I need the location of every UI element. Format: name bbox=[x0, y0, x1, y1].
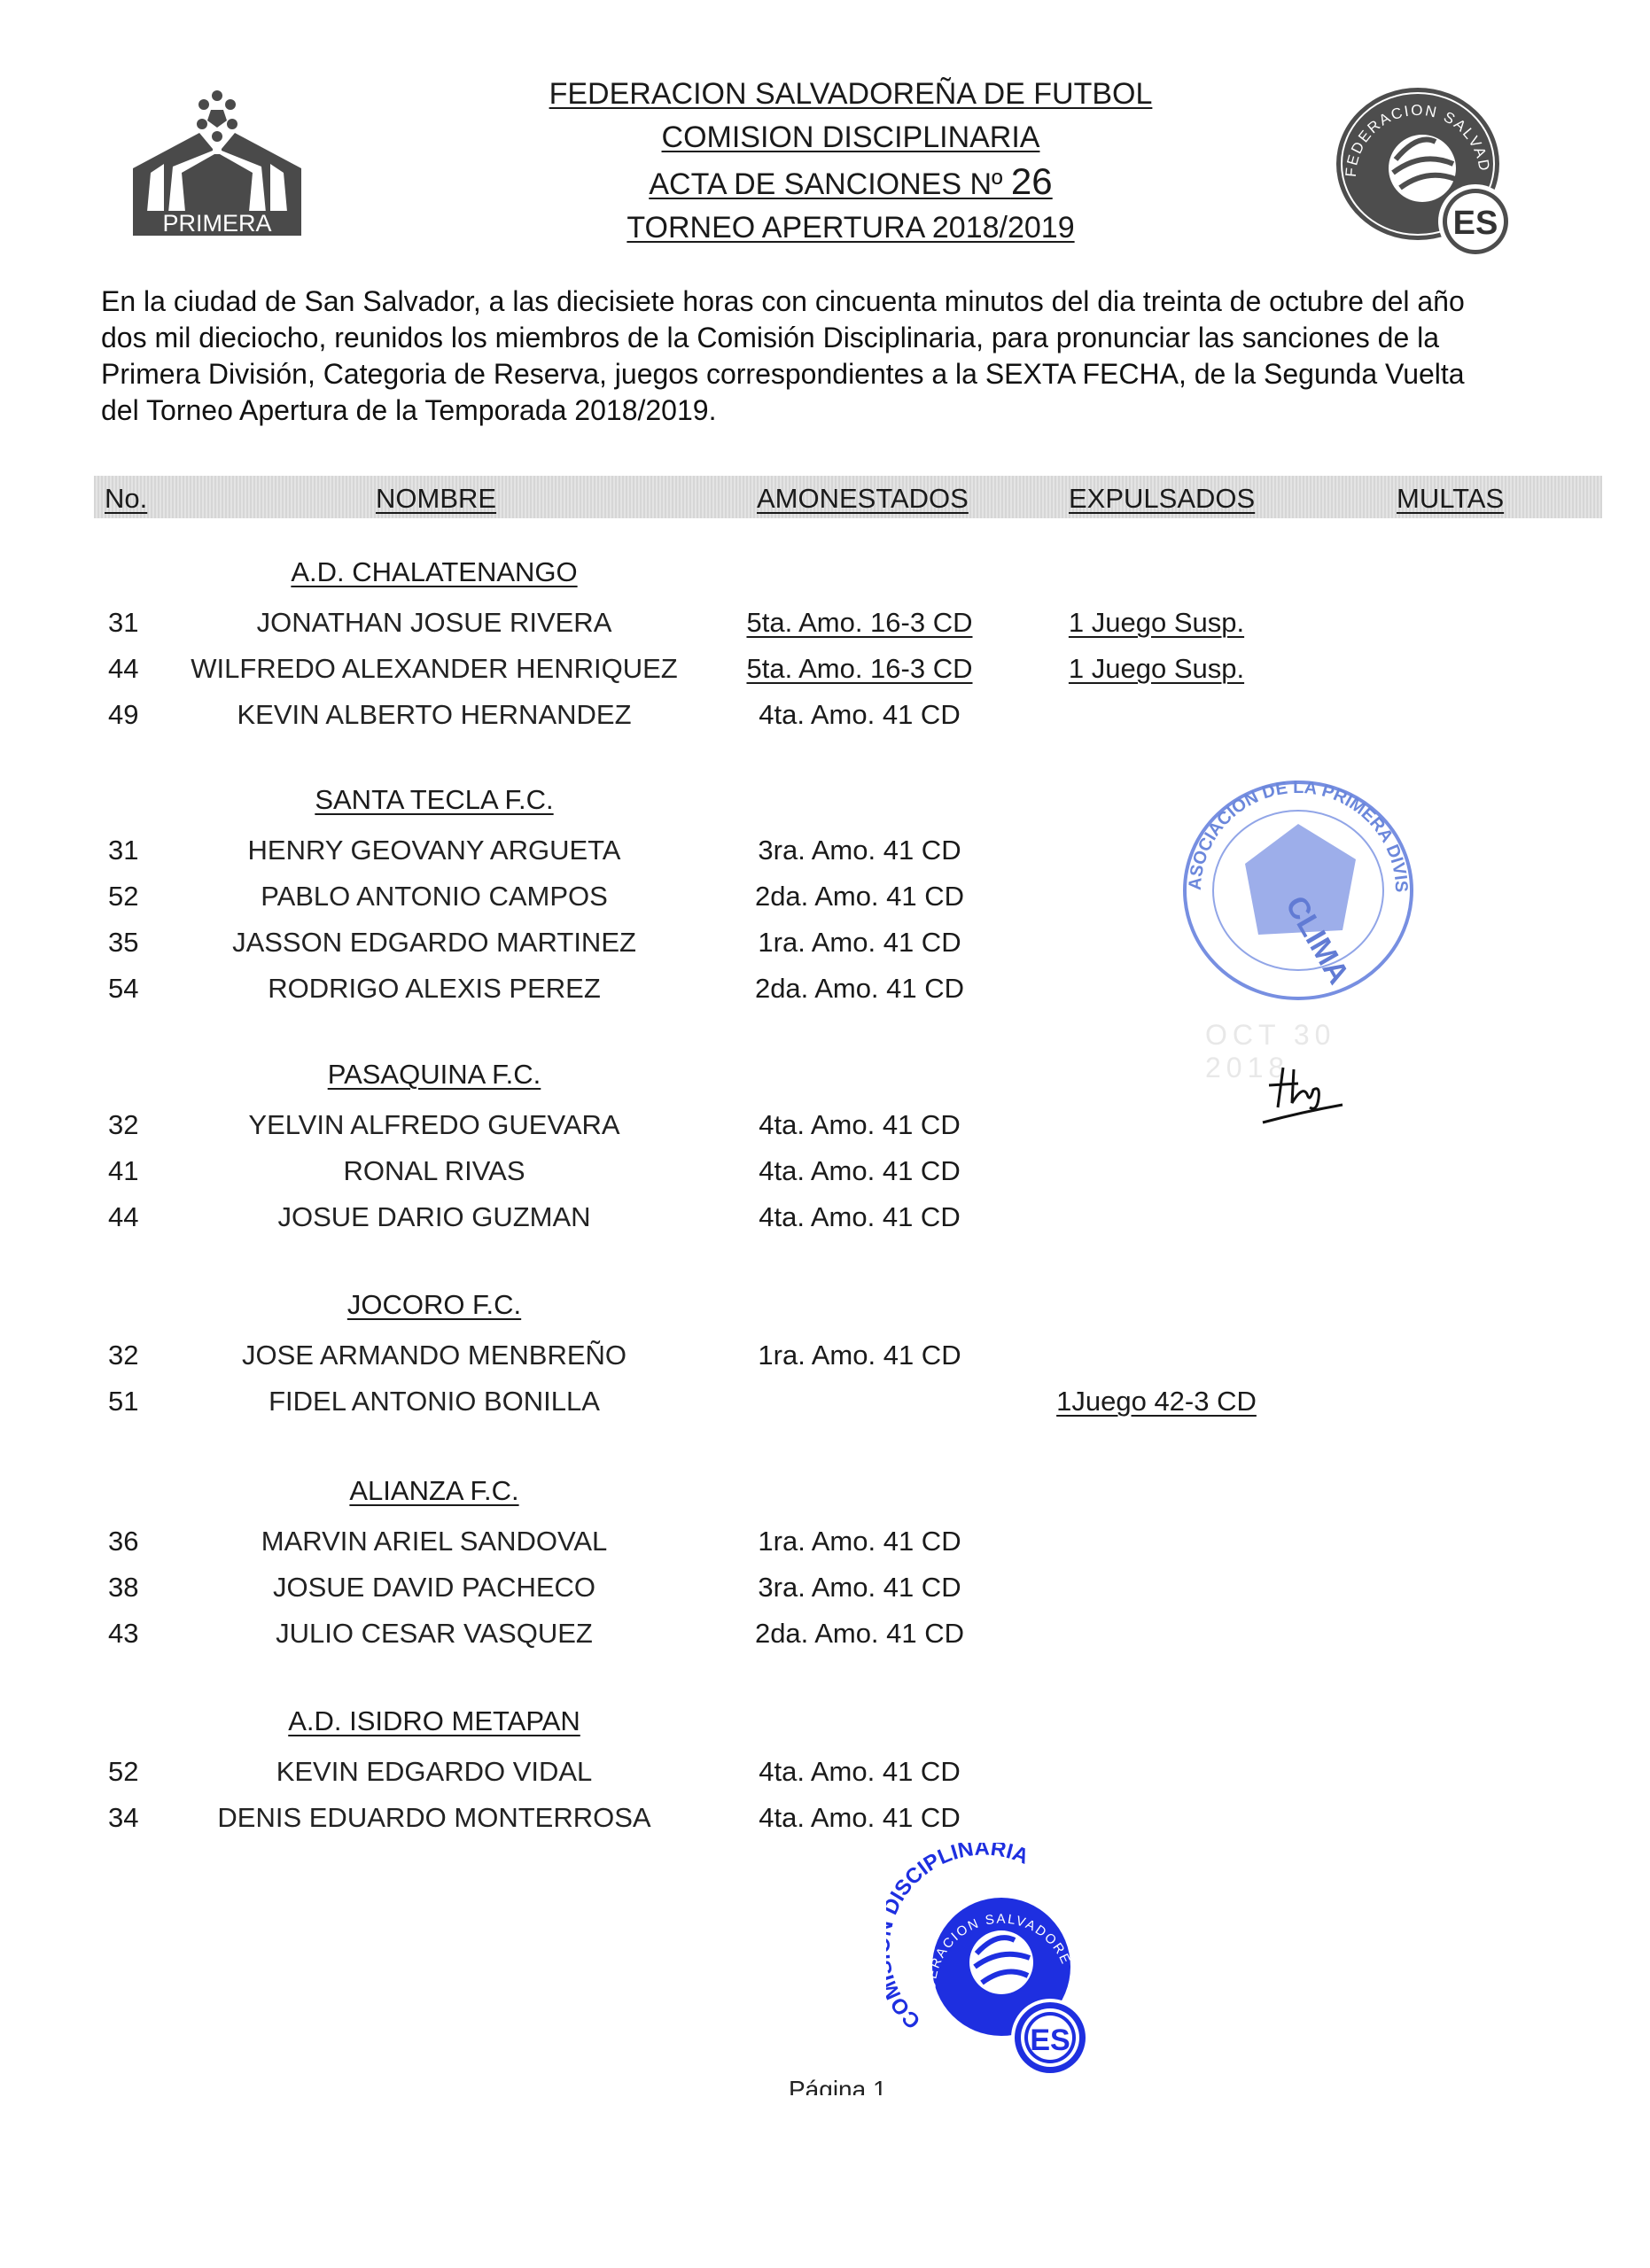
amonestados-cell: 4ta. Amo. 41 CD bbox=[718, 1155, 1001, 1187]
player-number: 44 bbox=[108, 1201, 161, 1233]
table-row: 43JULIO CESAR VASQUEZ2da. Amo. 41 CD bbox=[0, 1618, 1650, 1657]
player-name: JOSUE DAVID PACHECO bbox=[168, 1572, 700, 1604]
svg-text:ES: ES bbox=[1030, 2023, 1070, 2057]
amonestados-cell: 4ta. Amo. 41 CD bbox=[718, 1109, 1001, 1141]
player-number: 35 bbox=[108, 927, 161, 959]
amonestados-cell: 4ta. Amo. 41 CD bbox=[718, 1201, 1001, 1233]
table-row: 38JOSUE DAVID PACHECO3ra. Amo. 41 CD bbox=[0, 1572, 1650, 1611]
fesfut-badge-icon: FEDERACION SALVADOREÑA DE FUTBOL ES bbox=[1329, 80, 1524, 266]
intro-paragraph: En la ciudad de San Salvador, a las diec… bbox=[101, 283, 1483, 429]
team-heading: ALIANZA F.C. bbox=[168, 1475, 700, 1507]
amonestados-cell: 1ra. Amo. 41 CD bbox=[718, 927, 1001, 959]
column-header-no: No. bbox=[105, 483, 147, 515]
team-heading: A.D. CHALATENANGO bbox=[168, 556, 700, 588]
svg-text:PRIMERA: PRIMERA bbox=[162, 210, 271, 237]
amonestados-cell: 1ra. Amo. 41 CD bbox=[718, 1340, 1001, 1371]
player-number: 51 bbox=[108, 1386, 161, 1417]
comision-seal-icon: COMISION DISCIPLINARIA FEDERACION SALVAD… bbox=[886, 1843, 1099, 2082]
table-row: 31JONATHAN JOSUE RIVERA5ta. Amo. 16-3 CD… bbox=[0, 607, 1650, 646]
player-name: JOSE ARMANDO MENBREÑO bbox=[168, 1340, 700, 1371]
title-acta: ACTA DE SANCIONES Nº bbox=[649, 167, 1002, 201]
table-row: 52KEVIN EDGARDO VIDAL4ta. Amo. 41 CD bbox=[0, 1756, 1650, 1795]
expulsados-cell: 1Juego 42-3 CD bbox=[1028, 1386, 1285, 1417]
player-name: KEVIN EDGARDO VIDAL bbox=[168, 1756, 700, 1788]
amonestados-cell: 4ta. Amo. 41 CD bbox=[718, 1756, 1001, 1788]
player-number: 36 bbox=[108, 1526, 161, 1557]
player-number: 32 bbox=[108, 1109, 161, 1141]
player-number: 52 bbox=[108, 881, 161, 913]
player-number: 49 bbox=[108, 699, 161, 731]
player-name: JOSUE DARIO GUZMAN bbox=[168, 1201, 700, 1233]
amonestados-cell: 2da. Amo. 41 CD bbox=[718, 1618, 1001, 1650]
team-heading: SANTA TECLA F.C. bbox=[168, 784, 700, 816]
player-name: RONAL RIVAS bbox=[168, 1155, 700, 1187]
table-row: 49KEVIN ALBERTO HERNANDEZ4ta. Amo. 41 CD bbox=[0, 699, 1650, 738]
player-name: RODRIGO ALEXIS PEREZ bbox=[168, 973, 700, 1005]
table-row: 36MARVIN ARIEL SANDOVAL1ra. Amo. 41 CD bbox=[0, 1526, 1650, 1565]
table-row: 32YELVIN ALFREDO GUEVARA4ta. Amo. 41 CD bbox=[0, 1109, 1650, 1148]
player-name: PABLO ANTONIO CAMPOS bbox=[168, 881, 700, 913]
player-name: KEVIN ALBERTO HERNANDEZ bbox=[168, 699, 700, 731]
team-heading: JOCORO F.C. bbox=[168, 1289, 700, 1321]
column-header-expulsados: EXPULSADOS bbox=[1069, 483, 1255, 515]
team-heading: A.D. ISIDRO METAPAN bbox=[168, 1705, 700, 1737]
player-name: FIDEL ANTONIO BONILLA bbox=[168, 1386, 700, 1417]
amonestados-cell: 4ta. Amo. 41 CD bbox=[718, 1802, 1001, 1834]
player-number: 54 bbox=[108, 973, 161, 1005]
player-name: MARVIN ARIEL SANDOVAL bbox=[168, 1526, 700, 1557]
svg-text:ES: ES bbox=[1453, 205, 1498, 242]
player-number: 31 bbox=[108, 607, 161, 639]
player-number: 44 bbox=[108, 653, 161, 685]
table-row: 51FIDEL ANTONIO BONILLA1Juego 42-3 CD bbox=[0, 1386, 1650, 1425]
column-header-nombre: NOMBRE bbox=[376, 483, 496, 515]
amonestados-cell: 2da. Amo. 41 CD bbox=[718, 881, 1001, 913]
primera-pentagon-icon: PRIMERA bbox=[115, 80, 310, 239]
primera-logo: PRIMERA bbox=[115, 80, 310, 239]
player-number: 43 bbox=[108, 1618, 161, 1650]
player-number: 32 bbox=[108, 1340, 161, 1371]
player-name: JONATHAN JOSUE RIVERA bbox=[168, 607, 700, 639]
table-row: 32JOSE ARMANDO MENBREÑO1ra. Amo. 41 CD bbox=[0, 1340, 1650, 1379]
association-seal-icon: ASOCIACION DE LA PRIMERA DIVISION DE FUT… bbox=[1174, 771, 1422, 1010]
player-name: JASSON EDGARDO MARTINEZ bbox=[168, 927, 700, 959]
amonestados-cell: 2da. Amo. 41 CD bbox=[718, 973, 1001, 1005]
comision-stamp: COMISION DISCIPLINARIA FEDERACION SALVAD… bbox=[886, 1843, 1099, 2082]
signature-icon bbox=[1258, 1059, 1356, 1130]
player-number: 38 bbox=[108, 1572, 161, 1604]
player-name: WILFREDO ALEXANDER HENRIQUEZ bbox=[168, 653, 700, 685]
column-header-amonestados: AMONESTADOS bbox=[757, 483, 969, 515]
title-comision: COMISION DISCIPLINARIA bbox=[662, 120, 1040, 154]
expulsados-cell: 1 Juego Susp. bbox=[1028, 607, 1285, 639]
team-heading: PASAQUINA F.C. bbox=[168, 1059, 700, 1091]
player-number: 31 bbox=[108, 835, 161, 866]
title-torneo: TORNEO APERTURA 2018/2019 bbox=[627, 211, 1074, 245]
table-header: No. NOMBRE AMONESTADOS EXPULSADOS MULTAS bbox=[94, 476, 1602, 518]
faded-date-stamp: OCT 30 2018 bbox=[1205, 1019, 1418, 1054]
document-title: FEDERACION SALVADOREÑA DE FUTBOL COMISIO… bbox=[496, 73, 1205, 250]
fesfut-logo: FEDERACION SALVADOREÑA DE FUTBOL ES bbox=[1329, 80, 1524, 266]
page-number: Página 1 bbox=[789, 2076, 887, 2095]
title-federacion: FEDERACION SALVADOREÑA DE FUTBOL bbox=[549, 77, 1153, 111]
expulsados-cell: 1 Juego Susp. bbox=[1028, 653, 1285, 685]
acta-number: 26 bbox=[1011, 160, 1053, 202]
player-number: 52 bbox=[108, 1756, 161, 1788]
player-name: HENRY GEOVANY ARGUETA bbox=[168, 835, 700, 866]
amonestados-cell: 5ta. Amo. 16-3 CD bbox=[718, 653, 1001, 685]
table-row: 41RONAL RIVAS4ta. Amo. 41 CD bbox=[0, 1155, 1650, 1194]
amonestados-cell: 5ta. Amo. 16-3 CD bbox=[718, 607, 1001, 639]
player-name: YELVIN ALFREDO GUEVARA bbox=[168, 1109, 700, 1141]
amonestados-cell: 3ra. Amo. 41 CD bbox=[718, 1572, 1001, 1604]
amonestados-cell: 3ra. Amo. 41 CD bbox=[718, 835, 1001, 866]
player-number: 34 bbox=[108, 1802, 161, 1834]
table-row: 44JOSUE DARIO GUZMAN4ta. Amo. 41 CD bbox=[0, 1201, 1650, 1240]
association-stamp: ASOCIACION DE LA PRIMERA DIVISION DE FUT… bbox=[1174, 771, 1422, 1010]
amonestados-cell: 4ta. Amo. 41 CD bbox=[718, 699, 1001, 731]
player-number: 41 bbox=[108, 1155, 161, 1187]
column-header-multas: MULTAS bbox=[1397, 483, 1504, 515]
amonestados-cell: 1ra. Amo. 41 CD bbox=[718, 1526, 1001, 1557]
table-row: 34DENIS EDUARDO MONTERROSA4ta. Amo. 41 C… bbox=[0, 1802, 1650, 1841]
player-name: JULIO CESAR VASQUEZ bbox=[168, 1618, 700, 1650]
signature bbox=[1258, 1059, 1356, 1130]
player-name: DENIS EDUARDO MONTERROSA bbox=[168, 1802, 700, 1834]
table-row: 44WILFREDO ALEXANDER HENRIQUEZ5ta. Amo. … bbox=[0, 653, 1650, 692]
